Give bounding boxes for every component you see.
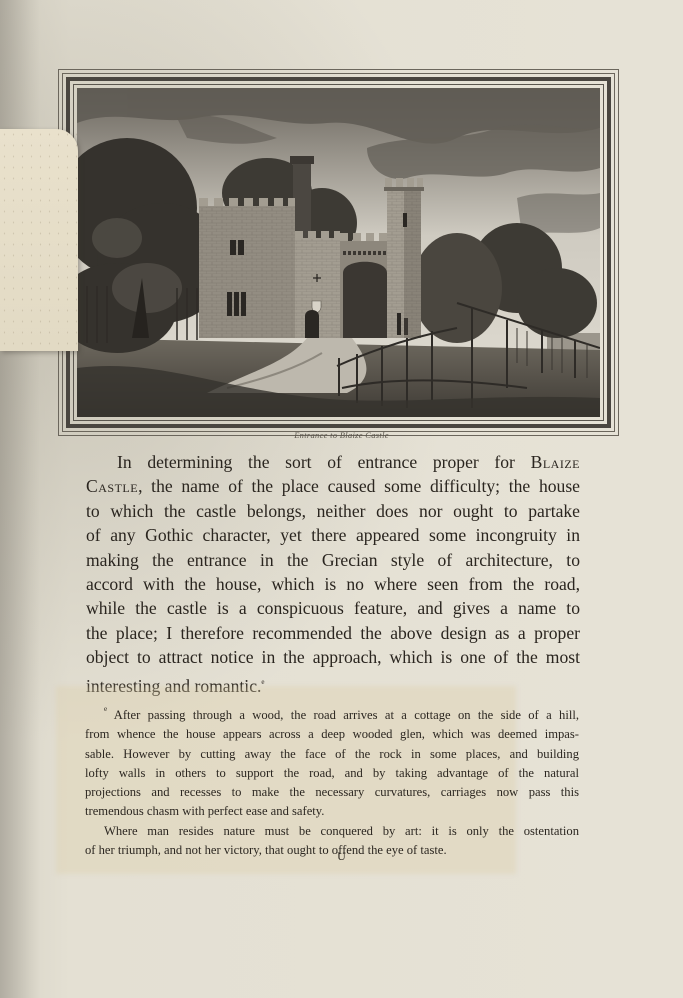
small-caps-name: Blaize — [531, 452, 580, 472]
paragraph-line: the place; I therefore recommended the a… — [86, 621, 580, 645]
paragraph-line: to which the castle belongs, neither doe… — [86, 499, 580, 523]
paragraph-line: while the castle is a conspicuous featur… — [86, 596, 580, 620]
footnote-line: from whence the house appears across a d… — [85, 725, 579, 744]
small-caps-name: Castle — [86, 476, 138, 496]
plate-caption: Entrance to Blaize Castle — [0, 430, 683, 440]
paragraph-line: making the entrance in the Grecian style… — [86, 548, 580, 572]
paragraph-line: of any Gothic character, yet there appea… — [86, 523, 580, 547]
footnote-line: tremendous chasm with perfect ease and s… — [85, 802, 579, 821]
paper-flap-overlay — [0, 129, 78, 351]
main-paragraph: In determining the sort of entrance prop… — [86, 450, 580, 698]
footnote-marker: e — [104, 705, 107, 713]
footnote-line: Where man resides nature must be conquer… — [85, 822, 579, 841]
castle-gateway-illustration — [77, 88, 600, 417]
footnote-line: e After passing through a wood, the road… — [85, 700, 579, 725]
footnote-reference: e — [261, 678, 264, 686]
paragraph-line: accord with the house, which is no where… — [86, 572, 580, 596]
signature-mark: U — [0, 849, 683, 864]
book-page: Entrance to Blaize Castle In determining… — [0, 0, 683, 998]
footnote-line: sable. However by cutting away the face … — [85, 745, 579, 764]
footnote-block: e After passing through a wood, the road… — [85, 700, 579, 860]
paragraph-line: In determining the sort of entrance prop… — [86, 450, 580, 474]
paragraph-line: Castle, the name of the place caused som… — [86, 474, 580, 498]
footnote-line: lofty walls in others to support the roa… — [85, 764, 579, 783]
paragraph-line: object to attract notice in the approach… — [86, 645, 580, 669]
engraving-plate — [77, 88, 600, 417]
footnote-line: projections and recesses to make the nec… — [85, 783, 579, 802]
